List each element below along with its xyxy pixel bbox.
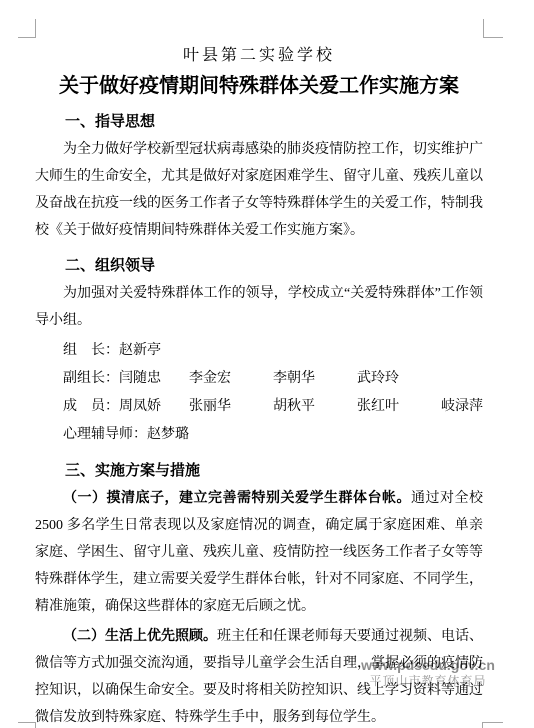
- item1-lead-bold: （一）摸清底子，建立完善需特别关爱学生群体台帐。: [63, 491, 411, 506]
- document-page: www.pdsedu.gov.cn 平顶山市教育体育局 叶县第二实验学校 关于做…: [0, 0, 534, 728]
- paragraph-implementation-item1: （一）摸清底子，建立完善需特别关爱学生群体台帐。通过对全校 2500 多名学生日…: [35, 485, 483, 620]
- leadership-roster: 组 长：赵新亭 副组长：闫随忠 李金宏 李朝华 武玲玲 成 员：周凤娇 张丽华 …: [35, 337, 483, 449]
- paragraph-implementation-item2: （二）生活上优先照顾。班主任和任课老师每天要通过视频、电话、微信等方式加强交流沟…: [35, 623, 483, 728]
- roster-line-members: 成 员：周凤娇 张丽华 胡秋平 张红叶 岐渌萍: [35, 393, 483, 421]
- roster-line-counselor: 心理辅导师：赵梦璐: [35, 421, 483, 449]
- school-title: 叶县第二实验学校: [35, 45, 483, 67]
- roster-line-deputy-leaders: 副组长：闫随忠 李金宏 李朝华 武玲玲: [35, 365, 483, 393]
- paragraph-guiding-ideology: 为全力做好学校新型冠状病毒感染的肺炎疫情防控工作，切实维护广大师生的生命安全，尤…: [35, 136, 483, 244]
- section-heading-implementation: 三、实施方案与措施: [35, 460, 483, 482]
- section-heading-organization: 二、组织领导: [35, 255, 483, 277]
- document-title: 关于做好疫情期间特殊群体关爱工作实施方案: [35, 72, 483, 100]
- item2-lead-bold: （二）生活上优先照顾。: [63, 629, 217, 644]
- section-heading-guiding-ideology: 一、指导思想: [35, 111, 483, 133]
- roster-line-leader: 组 长：赵新亭: [35, 337, 483, 365]
- paragraph-organization: 为加强对关爱特殊群体工作的领导，学校成立“关爱特殊群体”工作领导小组。: [35, 280, 483, 334]
- item1-body-text: 通过对全校 2500 多名学生日常表现以及家庭情况的调查，确定属于家庭困难、单亲…: [35, 491, 483, 614]
- document-content: 叶县第二实验学校 关于做好疫情期间特殊群体关爱工作实施方案 一、指导思想 为全力…: [0, 0, 534, 728]
